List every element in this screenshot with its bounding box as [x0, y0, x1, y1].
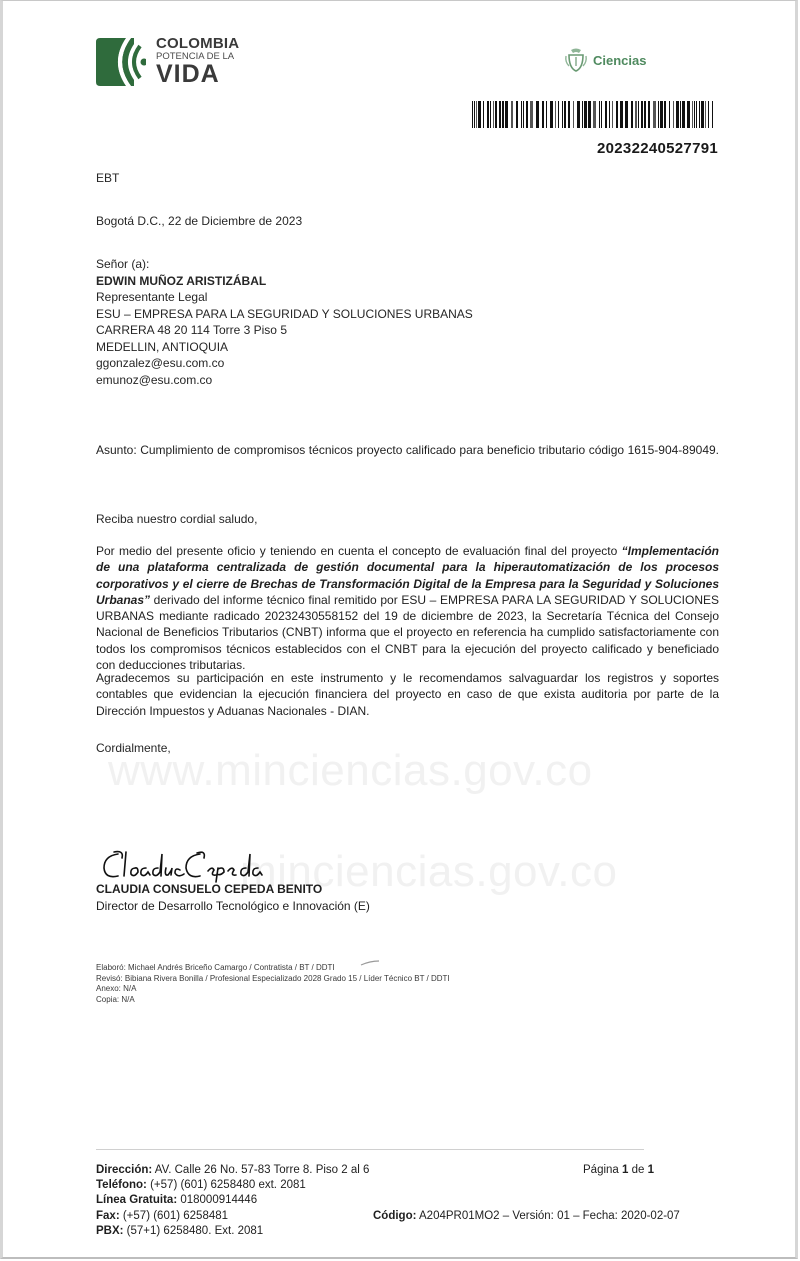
footer-address: Dirección: AV. Calle 26 No. 57-83 Torre … [96, 1163, 369, 1178]
recipient-email[interactable]: ggonzalez@esu.com.co [96, 355, 473, 372]
document-meta: Elaboró: Michael Andrés Briceño Camargo … [96, 963, 450, 1005]
recipient-email[interactable]: emunoz@esu.com.co [96, 372, 473, 389]
subject-line: Asunto: Cumplimiento de compromisos técn… [96, 443, 719, 457]
barcode-icon [470, 101, 718, 128]
initials-mark [360, 960, 380, 966]
handwritten-signature [100, 848, 270, 884]
signer-block: CLAUDIA CONSUELO CEPEDA BENITO Director … [96, 881, 370, 915]
place-date: Bogotá D.C., 22 de Diciembre de 2023 [96, 213, 302, 230]
recipient-salutation: Señor (a): [96, 256, 473, 273]
meta-anexo: Anexo: N/A [96, 984, 450, 995]
recipient-address: CARRERA 48 20 114 Torre 3 Piso 5 [96, 322, 473, 339]
recipient-title: Representante Legal [96, 289, 473, 306]
government-logo-icon [96, 38, 146, 86]
recipient-company: ESU – EMPRESA PARA LA SEGURIDAD Y SOLUCI… [96, 306, 473, 323]
footer-divider [96, 1149, 644, 1150]
meta-elaboro: Elaboró: Michael Andrés Briceño Camargo … [96, 963, 450, 974]
logo-line-3: VIDA [156, 62, 239, 86]
greeting: Reciba nuestro cordial saludo, [96, 511, 257, 528]
footer-phone: Teléfono: (+57) (601) 6258480 ext. 2081 [96, 1178, 369, 1193]
footer-fax: Fax: (+57) (601) 6258481 [96, 1209, 369, 1224]
footer-toll-free: Línea Gratuita: 018000914446 [96, 1193, 369, 1208]
recipient-name: EDWIN MUÑOZ ARISTIZÁBAL [96, 273, 473, 290]
colombia-potencia-de-la-vida-logo: COLOMBIA POTENCIA DE LA VIDA [96, 36, 241, 88]
minciencias-logo: Ciencias [564, 46, 646, 74]
meta-reviso: Revisó: Bibiana Rivera Bonilla / Profesi… [96, 974, 450, 985]
meta-copia: Copia: N/A [96, 995, 450, 1006]
footer-contact: Dirección: AV. Calle 26 No. 57-83 Torre … [96, 1163, 369, 1239]
body-paragraph-1: Por medio del presente oficio y teniendo… [96, 543, 719, 673]
page-number: Página 1 de 1 [583, 1163, 654, 1178]
closing: Cordialmente, [96, 740, 171, 757]
dependency-code: EBT [96, 170, 119, 187]
signer-role: Director de Desarrollo Tecnológico e Inn… [96, 897, 370, 915]
paragraph-intro: Por medio del presente oficio y teniendo… [96, 544, 622, 558]
recipient-city: MEDELLIN, ANTIOQUIA [96, 339, 473, 356]
radicado-number: 20232240527791 [520, 140, 718, 157]
watermark: www.minciencias.gov.co [108, 746, 593, 796]
logo-line-1: COLOMBIA [156, 36, 239, 51]
body-paragraph-2: Agradecemos su participación en este ins… [96, 670, 719, 719]
coat-of-arms-icon [564, 46, 588, 74]
recipient-block: Señor (a): EDWIN MUÑOZ ARISTIZÁBAL Repre… [96, 256, 473, 388]
document-code: Código: A204PR01MO2 – Versión: 01 – Fech… [373, 1209, 680, 1224]
footer-pbx: PBX: (57+1) 6258480. Ext. 2081 [96, 1224, 369, 1239]
ciencias-label: Ciencias [593, 53, 646, 68]
paragraph-rest: derivado del informe técnico final remit… [96, 593, 719, 672]
signer-name: CLAUDIA CONSUELO CEPEDA BENITO [96, 881, 370, 897]
